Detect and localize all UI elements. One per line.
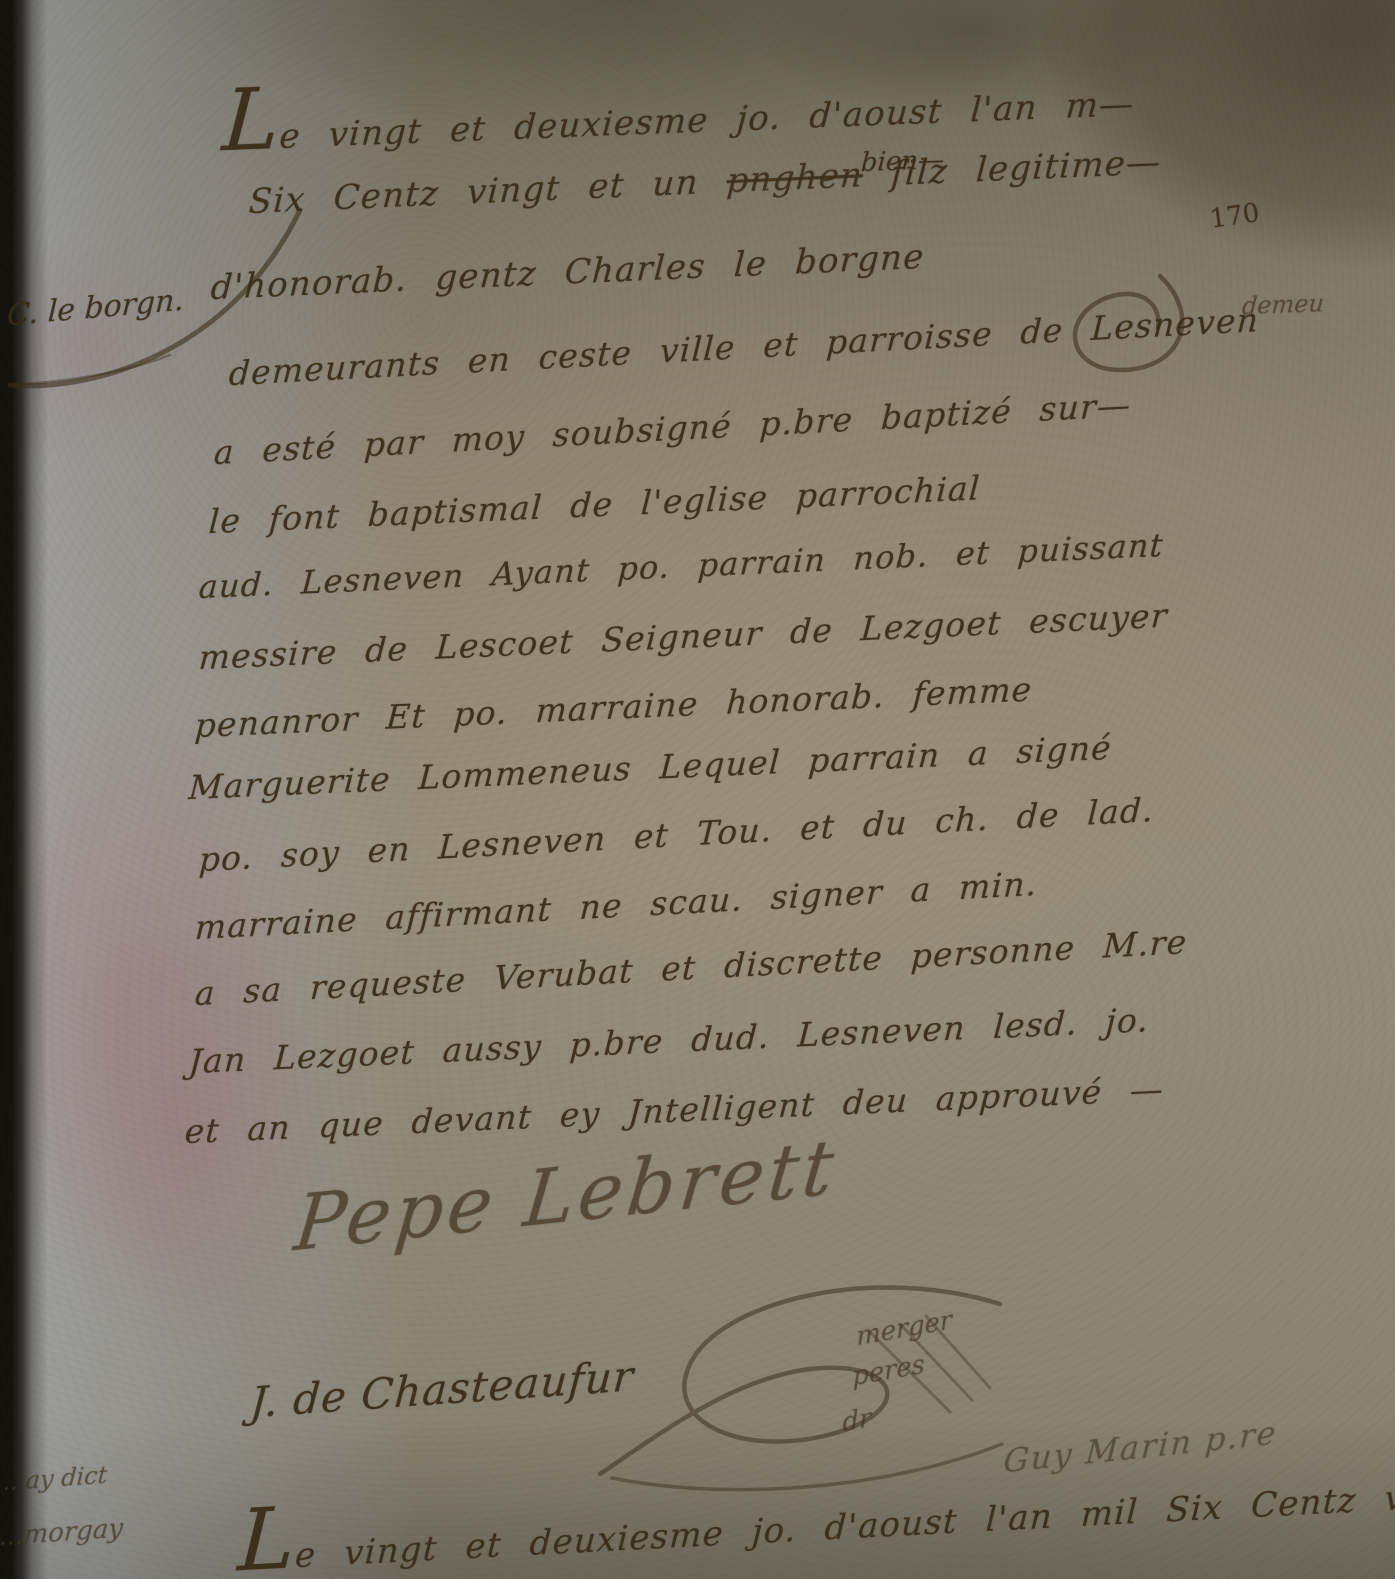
paraph-flourish-icon bbox=[570, 1272, 1040, 1497]
manuscript-line-4: demeurants en ceste ville et parroisse d… bbox=[228, 300, 1260, 393]
manuscript-line-7: aud. Lesneven Ayant po. parrain nob. et … bbox=[198, 526, 1165, 606]
manuscript-line-10: Marguerite Lommeneus Lequel parrain a si… bbox=[188, 728, 1114, 807]
manuscript-line-9: penanror Et po. marraine honorab. femme bbox=[194, 669, 1034, 745]
margin-note-bottom-1: ...ay dict bbox=[2, 1461, 108, 1496]
manuscript-line-3: d'honorab. gentz Charles le borgne bbox=[210, 237, 926, 308]
next-record-line-1: Le vingt et deuxiesme jo. d'aoust l'an m… bbox=[236, 1447, 1395, 1579]
signature-note-1: merger bbox=[856, 1305, 953, 1352]
signature-note-2: peres bbox=[852, 1349, 925, 1392]
strikethrough-word: pnghen bbox=[725, 155, 864, 201]
manuscript-line-2: Six Centz vingt et un pnghen filz legiti… bbox=[248, 142, 1163, 222]
signature-witness-left: J. de Chasteaufur bbox=[249, 1351, 636, 1427]
manuscript-line-1: Le vingt et deuxiesme jo. d'aoust l'an m… bbox=[221, 57, 1138, 159]
manuscript-line-5: a esté par moy soubsigné p.bre baptizé s… bbox=[213, 385, 1132, 472]
line-2-start: Six Centz vingt et un bbox=[248, 162, 700, 222]
margin-note-bottom-2: ...morgay bbox=[0, 1513, 124, 1552]
folio-number: 170 bbox=[1208, 198, 1261, 235]
margin-note-name: C. le borgn. bbox=[6, 283, 185, 334]
manuscript-line-12: marraine affirmant ne scau. signer a min… bbox=[194, 864, 1039, 947]
signature-principal: Pepe Lebrett bbox=[290, 1121, 841, 1268]
manuscript-line-8: messire de Lescoet Seigneur de Lezgoet e… bbox=[198, 596, 1169, 677]
signature-note-3: dr bbox=[842, 1403, 872, 1438]
manuscript-line-14: Jan Lezgoet aussy p.bre dud. Lesneven le… bbox=[188, 1000, 1151, 1081]
manuscript-line-6: le font baptismal de l'eglise parrochial bbox=[208, 468, 982, 541]
manuscript-page: Le vingt et deuxiesme jo. d'aoust l'an m… bbox=[0, 0, 1395, 1579]
